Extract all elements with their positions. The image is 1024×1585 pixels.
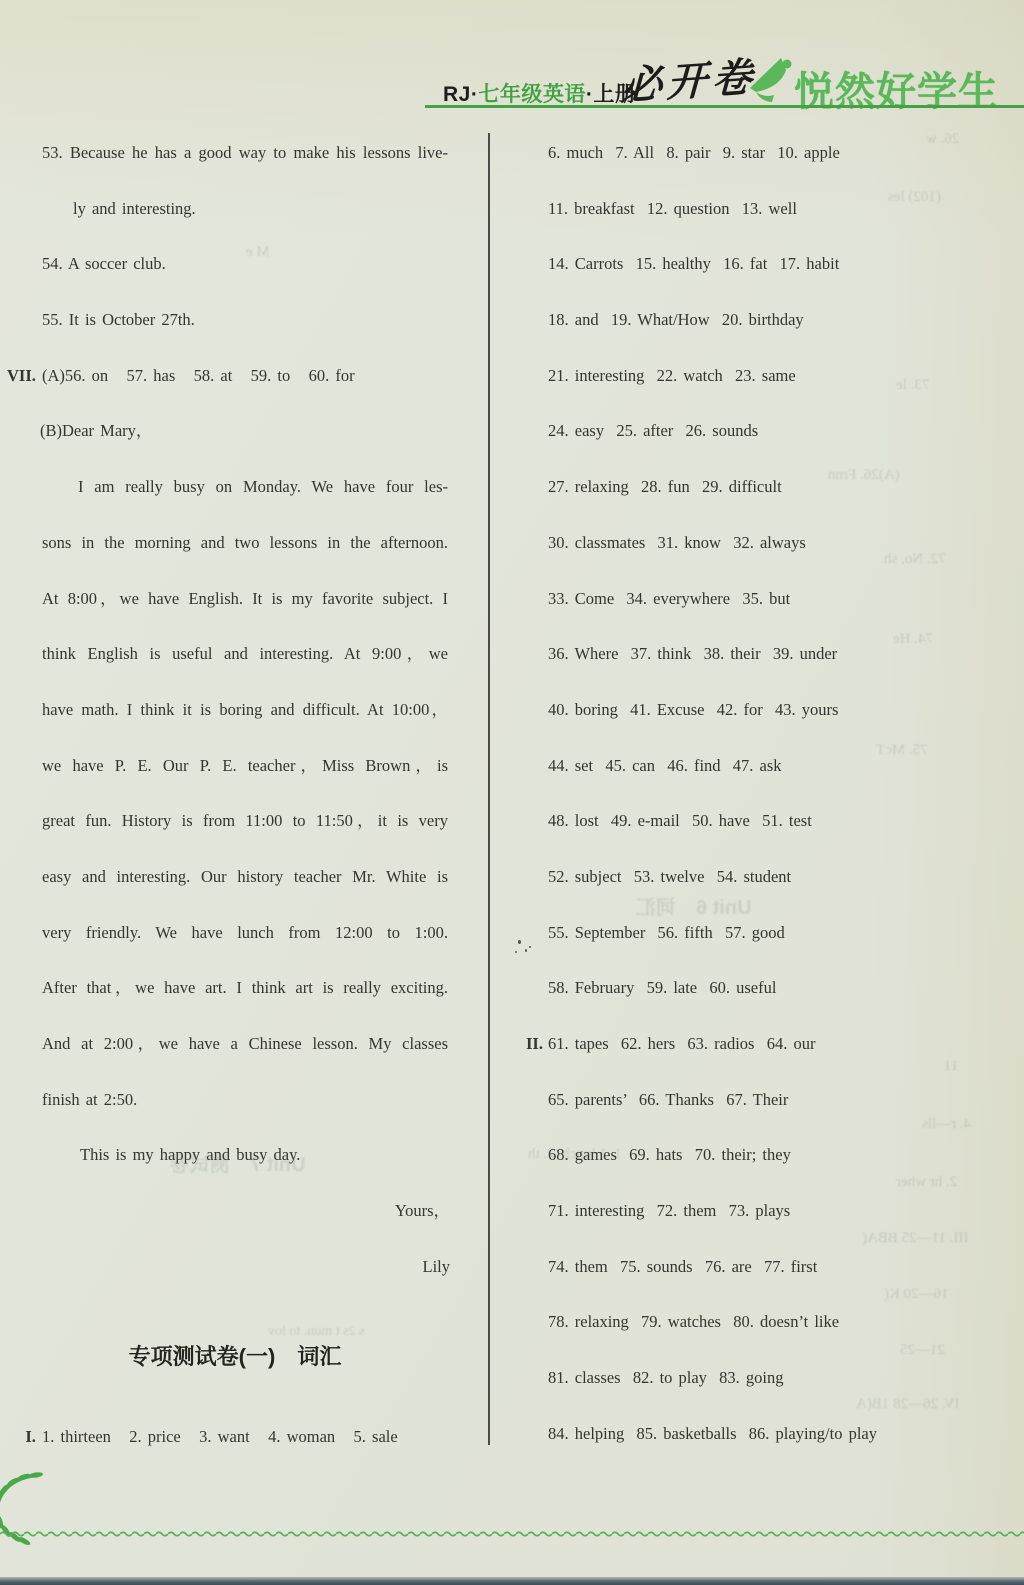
answer-line: (B)Dear Mary， [0, 403, 470, 459]
answer-line: 27. relaxing 28. fun 29. difficult [500, 459, 1024, 515]
answer-line: 44. set 45. can 46. find 47. ask [500, 738, 1024, 794]
answer-line: I am really busy on Monday. We have four… [0, 459, 470, 515]
answer-line: finish at 2:50. [0, 1072, 470, 1128]
bleedthrough-ghost: 72. No, sh [884, 551, 946, 568]
answer-line: have math. I think it is boring and diff… [0, 682, 470, 738]
answer-line: 24. easy 25. after 26. sounds [500, 403, 1024, 459]
answer-line: Yours， [0, 1183, 470, 1239]
answer-line: 53. Because he has a good way to make hi… [0, 125, 470, 181]
answer-line: very friendly. We have lunch from 12:00 … [0, 905, 470, 961]
answer-line: 18. and 19. What/How 20. birthday [500, 292, 1024, 348]
answer-line: 58. February 59. late 60. useful [500, 960, 1024, 1016]
book-title: RJ·七年级英语·上册 [443, 78, 636, 108]
header-underline [425, 105, 1024, 108]
answer-line: VII. (A)56. on 57. has 58. at 59. to 60.… [0, 348, 470, 404]
bleedthrough-ghost: (A)26. Frnn [828, 467, 900, 484]
bleedthrough-ghost: III. 11—25 BBA( [862, 1230, 969, 1247]
answer-line: After that，we have art. I think art is r… [0, 960, 470, 1016]
bleedthrough-ghost: 73. le [896, 377, 929, 394]
answer-line: I. 1. thirteen 2. price 3. want 4. woman… [0, 1409, 470, 1465]
brand-logo-text: 悦然好学生 [794, 60, 999, 117]
answer-text: 61. tapes 62. hers 63. radios 64. our [548, 1034, 815, 1053]
bleedthrough-ghost: 4. r—lls [922, 1116, 971, 1133]
section-heading: 专项测试卷(一) 词汇 [0, 1329, 470, 1385]
answer-line: At 8:00，we have English. It is my favori… [0, 571, 470, 627]
answer-line: think English is useful and interesting.… [0, 626, 470, 682]
column-divider [488, 133, 490, 1445]
bleedthrough-ghost: 75. McT [876, 742, 928, 759]
answer-line: 48. lost 49. e-mail 50. have 51. test [500, 793, 1024, 849]
answer-line: 55. It is October 27th. [0, 292, 470, 348]
wavy-footer-rule [0, 1529, 1024, 1539]
subject-title: 七年级英语 [478, 83, 586, 106]
answer-line: 84. helping 85. basketballs 86. playing/… [500, 1406, 1024, 1462]
bleedthrough-ghost: 2. hr wher [896, 1174, 957, 1191]
bleedthrough-ghost: s 2s t mun. to lov [268, 1324, 364, 1340]
bleedthrough-ghost: Unit 6 词汇 [636, 891, 752, 920]
answer-line: 33. Come 34. everywhere 35. but [500, 571, 1024, 627]
answer-line: 36. Where 37. think 38. their 39. under [500, 626, 1024, 682]
answer-line: ly and interesting. [0, 181, 470, 237]
bleedthrough-ghost: IV. 26—28 1B(A [856, 1396, 959, 1413]
brand-bird-icon [748, 56, 794, 106]
bleedthrough-ghost: 26. w [926, 131, 959, 148]
bleedthrough-ghost: 16—20 K( [884, 1286, 949, 1303]
right-column: 6. much 7. All 8. pair 9. star 10. apple… [500, 125, 1024, 1462]
ink-mark [518, 940, 521, 944]
bleedthrough-ghost: 74. He [893, 631, 933, 648]
answer-line: 11. breakfast 12. question 13. well [500, 181, 1024, 237]
answer-line: great fun. History is from 11:00 to 11:5… [0, 793, 470, 849]
answer-line: 55. September 56. fifth 57. good [500, 905, 1024, 961]
workbook-page: RJ·七年级英语·上册 必开卷 悦然好学生 53. Because he has… [0, 0, 1024, 1585]
bleedthrough-ghost: 11 [944, 1058, 958, 1075]
answer-text: (A)56. on 57. has 58. at 59. to 60. for [42, 366, 355, 385]
answer-line: 21. interesting 22. watch 23. same [500, 348, 1024, 404]
ink-mark [525, 949, 527, 952]
left-column: 53. Because he has a good way to make hi… [0, 125, 470, 1465]
bleedthrough-ghost: 1. 1 lunch 2. th [528, 1146, 622, 1163]
answer-text: 1. thirteen 2. price 3. want 4. woman 5.… [42, 1427, 398, 1446]
answer-line: 40. boring 41. Excuse 42. for 43. yours [500, 682, 1024, 738]
roman-numeral: I. [6, 1409, 42, 1465]
bleedthrough-ghost: 21—25 [900, 1342, 945, 1359]
page-bottom-edge [0, 1577, 1024, 1585]
answer-line: easy and interesting. Our history teache… [0, 849, 470, 905]
ink-mark [529, 946, 531, 948]
answer-line: Lily [0, 1239, 470, 1295]
answer-line: sons in the morning and two lessons in t… [0, 515, 470, 571]
bleedthrough-ghost: M e [246, 244, 270, 261]
answer-line: 54. A soccer club. [0, 236, 470, 292]
answer-line: 52. subject 53. twelve 54. student [500, 849, 1024, 905]
stamp-calligraphy: 必开卷 [621, 45, 758, 112]
edition-code: RJ· [443, 83, 478, 106]
roman-numeral: VII. [6, 348, 42, 404]
answer-line: we have P. E. Our P. E. teacher，Miss Bro… [0, 738, 470, 794]
bleedthrough-ghost: (102) les [888, 189, 941, 206]
bleedthrough-ghost: Unit 7 测试卷 [170, 1148, 306, 1177]
answer-line: And at 2:00，we have a Chinese lesson. My… [0, 1016, 470, 1072]
roman-numeral: II. [526, 1016, 548, 1072]
answer-line: 14. Carrots 15. healthy 16. fat 17. habi… [500, 236, 1024, 292]
ink-mark [515, 951, 517, 953]
